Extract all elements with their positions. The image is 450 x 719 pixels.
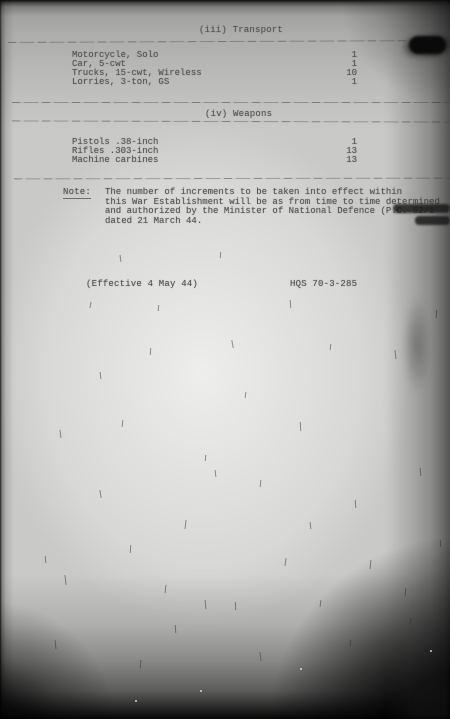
divider-line <box>8 40 445 43</box>
scratch-mark <box>420 468 422 476</box>
dust-speck <box>200 690 202 692</box>
divider-line <box>12 120 450 122</box>
scratch-mark <box>370 560 372 569</box>
scratch-mark <box>440 540 441 547</box>
scratch-mark <box>122 420 124 427</box>
scratch-mark <box>45 556 47 563</box>
scratch-mark <box>205 600 207 609</box>
ink-blot <box>409 36 446 54</box>
scratch-mark <box>175 625 177 633</box>
scratch-mark <box>330 344 332 350</box>
divider-line <box>14 178 450 180</box>
note-line: dated 21 March 44. <box>105 217 450 227</box>
table-row: Machine carbines 13 <box>72 156 357 165</box>
scratch-mark <box>130 545 131 553</box>
scratch-mark <box>231 340 233 348</box>
scratch-mark <box>320 600 322 607</box>
scratch-mark <box>120 255 122 262</box>
scratch-mark <box>436 310 437 318</box>
scratch-mark <box>205 455 206 461</box>
scratch-mark <box>150 348 151 355</box>
scratch-mark <box>235 602 236 610</box>
item-label: Machine carbines <box>72 156 158 165</box>
transport-list: Motorcycle, Solo 1 Car, 5-cwt 1 Trucks, … <box>72 51 357 87</box>
scratch-mark <box>99 490 101 498</box>
item-quantity: 1 <box>352 78 357 87</box>
scratch-mark <box>165 585 167 593</box>
scan-noise-layer <box>0 0 450 719</box>
item-label: Lorries, 3-ton, GS <box>72 78 169 87</box>
scratch-mark <box>185 520 187 529</box>
dust-speck <box>430 650 432 652</box>
scratch-mark <box>395 350 397 359</box>
file-reference: HQS 70-3-285 <box>290 280 357 289</box>
scan-shadow-band <box>386 0 450 719</box>
scratch-mark <box>410 618 412 625</box>
scratch-mark <box>140 660 142 668</box>
section-heading-transport: (iii) Transport <box>199 26 283 35</box>
dust-speck <box>300 668 302 670</box>
scratch-mark <box>260 480 262 487</box>
scan-shadow-spot <box>402 295 432 395</box>
scratch-mark <box>259 652 261 661</box>
note-label: Note: <box>63 187 91 199</box>
scanned-document-page: (iii) Transport Motorcycle, Solo 1 Car, … <box>0 0 450 719</box>
scratch-mark <box>245 392 247 398</box>
note-label-wrap: Note: <box>63 188 91 197</box>
scratch-mark <box>158 305 160 311</box>
scratch-mark <box>355 500 357 508</box>
item-quantity: 13 <box>346 156 357 165</box>
scratch-mark <box>60 430 62 438</box>
ink-smudge <box>415 216 450 225</box>
scratch-mark <box>64 575 66 585</box>
scratch-mark <box>405 588 407 596</box>
scratch-mark <box>215 470 217 477</box>
scratch-mark <box>284 558 286 566</box>
scratch-mark <box>100 372 102 379</box>
table-row: Lorries, 3-ton, GS 1 <box>72 78 357 87</box>
dust-speck <box>135 700 137 702</box>
effective-date: (Effective 4 May 44) <box>86 280 198 289</box>
scratch-mark <box>89 302 91 308</box>
ink-smudge <box>393 204 450 213</box>
scratch-mark <box>350 640 352 647</box>
scratch-mark <box>55 640 57 649</box>
scratch-mark <box>220 252 222 258</box>
scratch-mark <box>300 422 301 431</box>
section-heading-weapons: (iv) Weapons <box>205 110 272 119</box>
scratch-mark <box>290 300 292 308</box>
divider-line <box>12 102 450 103</box>
scratch-mark <box>310 522 312 529</box>
weapons-list: Pistols .38-inch 1 Rifles .303-inch 13 M… <box>72 138 357 165</box>
